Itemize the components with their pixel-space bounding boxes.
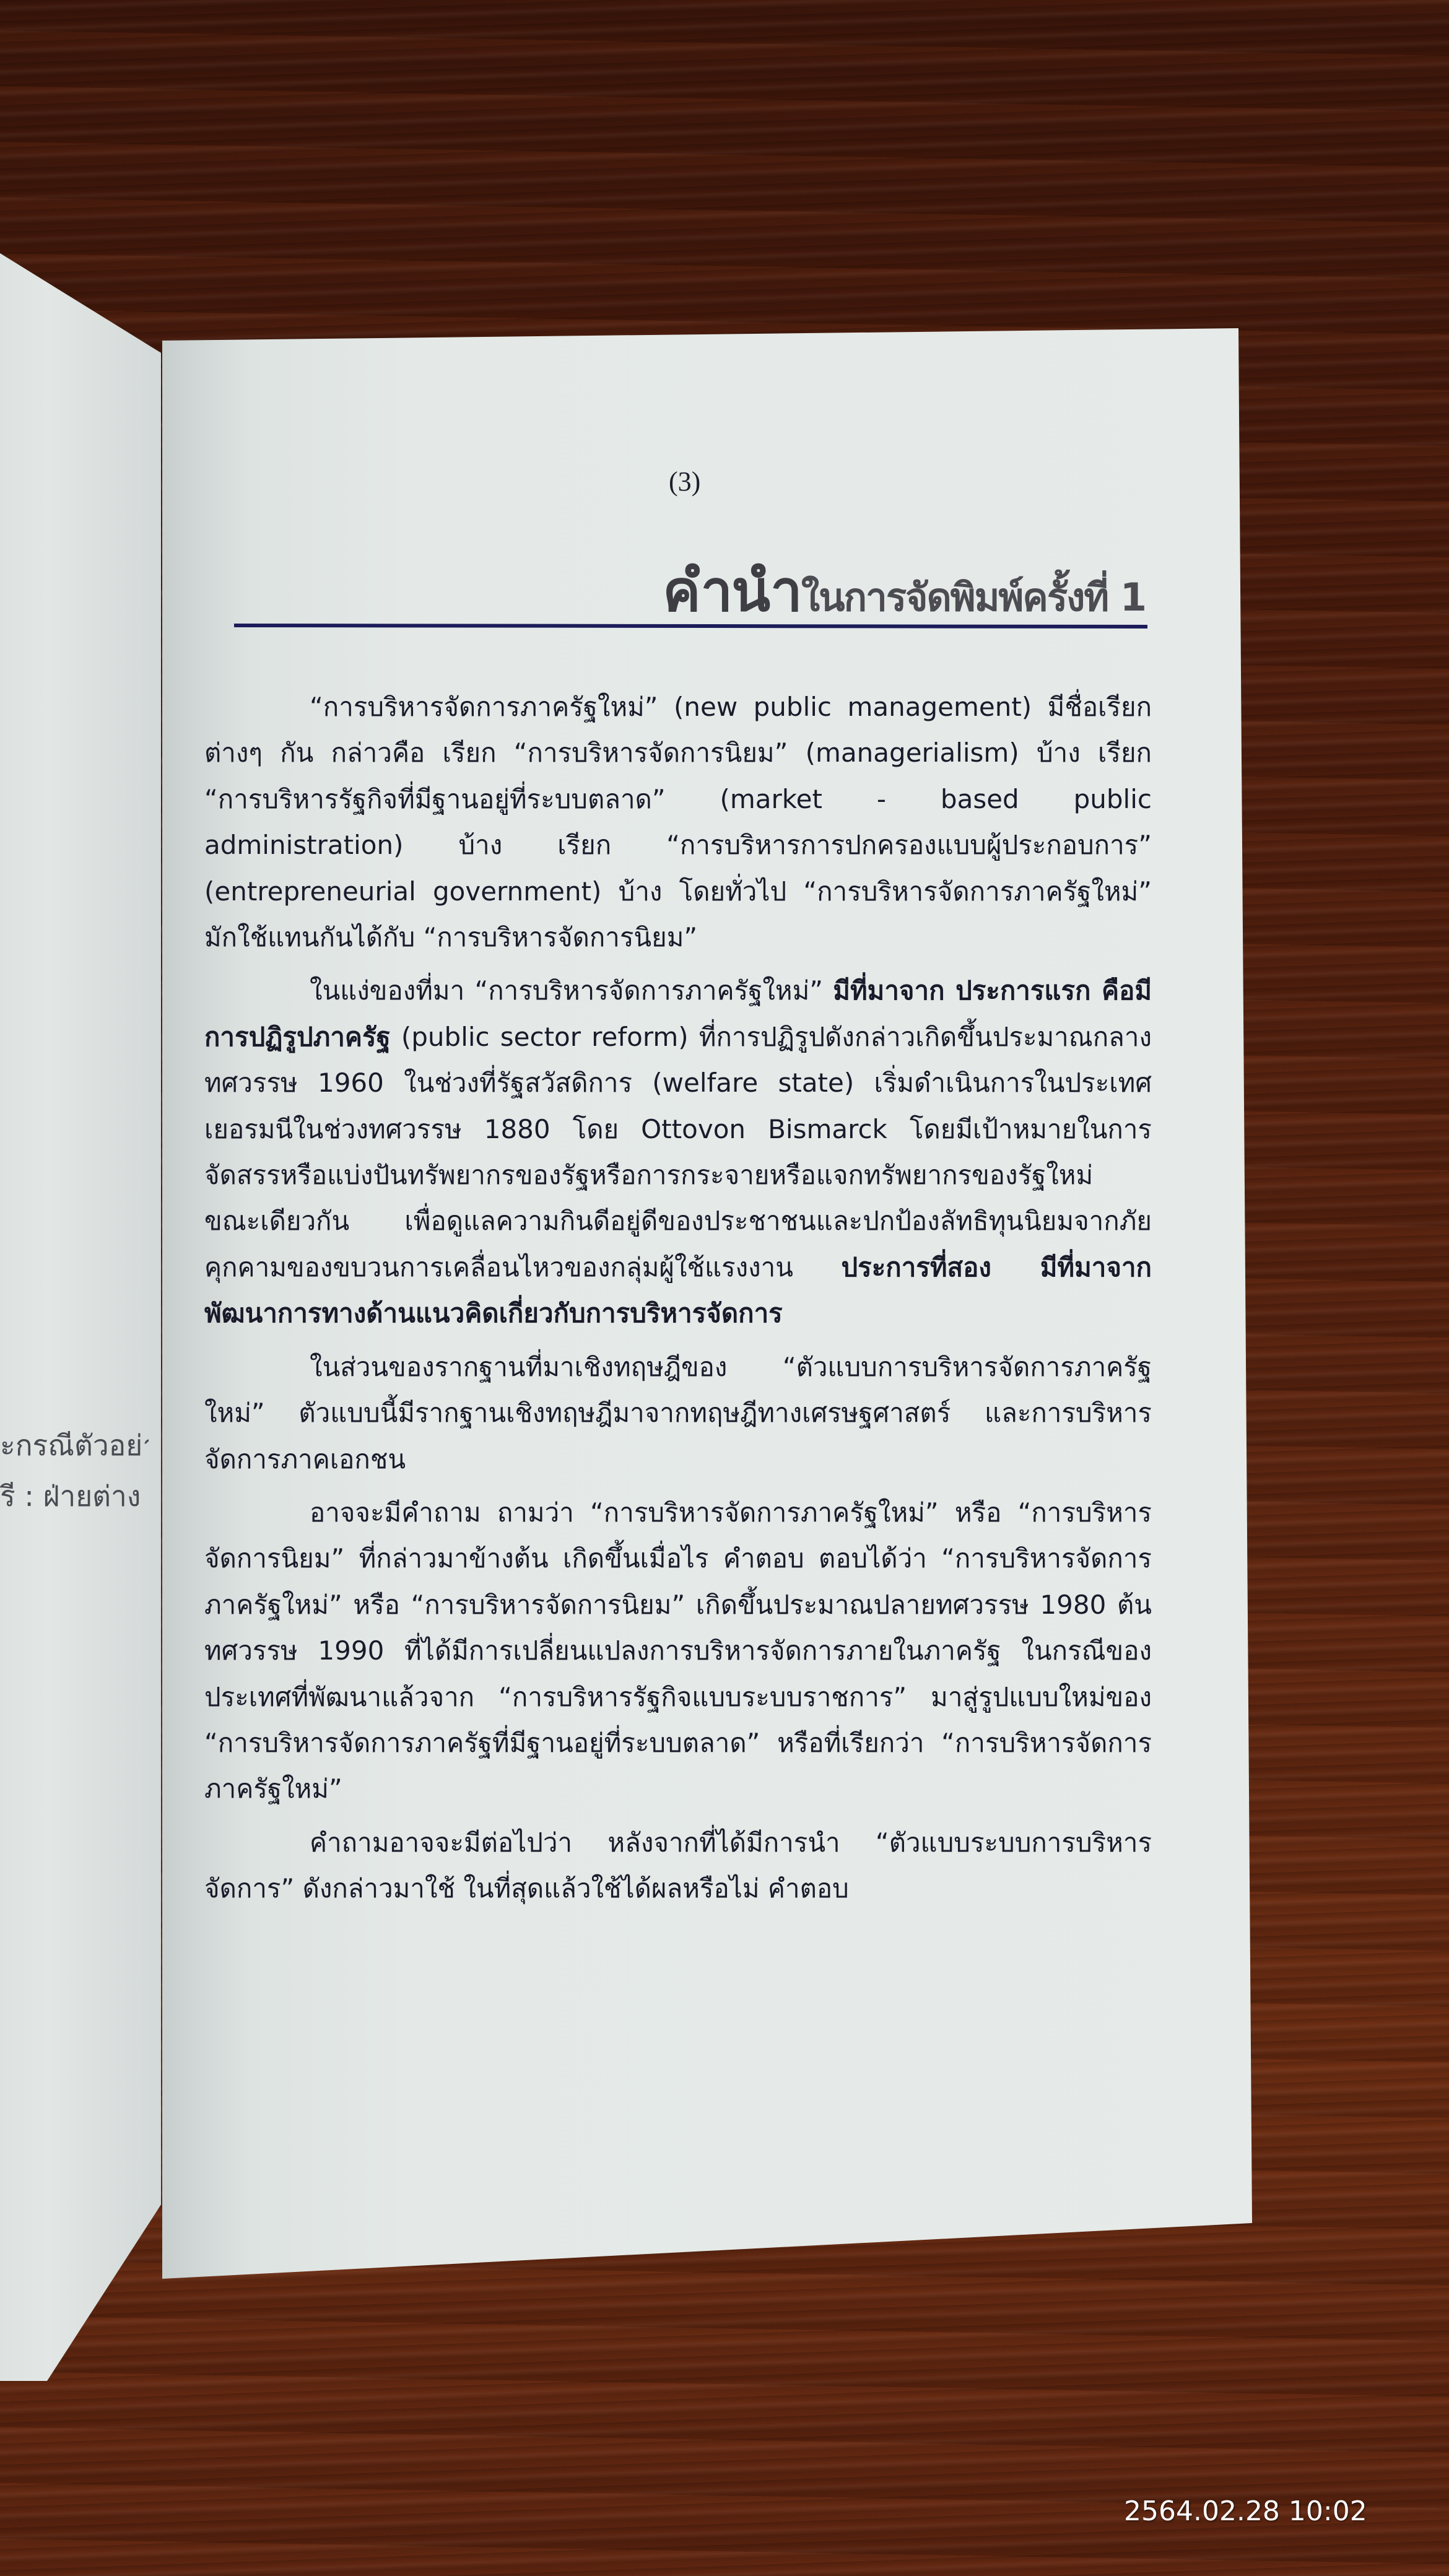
left-book-page [0, 176, 161, 2381]
chapter-title: คำนำในการจัดพิมพ์ครั้งที่ 1 [663, 545, 1146, 636]
paragraph-3: ในส่วนของรากฐานที่มาเชิงทฤษฎีของ “ตัวแบบ… [204, 1344, 1152, 1482]
photo-timestamp: 2564.02.28 10:02 [1124, 2495, 1367, 2527]
page-number: (3) [669, 466, 700, 497]
paragraph-4: อาจจะมีคำถาม ถามว่า “การบริหารจัดการภาคร… [204, 1490, 1152, 1812]
paragraph-text: ในแง่ของที่มา “การบริหารจัดการภาครัฐใหม่… [310, 975, 833, 1006]
chapter-title-rest: ในการจัดพิมพ์ครั้งที่ 1 [801, 575, 1146, 620]
preface-body: “การบริหารจัดการภาครัฐใหม่” (new public … [204, 684, 1152, 1920]
chapter-title-emphasis: คำนำ [663, 558, 801, 624]
paragraph-text: “การบริหารจัดการภาครัฐใหม่” (new public … [204, 692, 1152, 952]
paragraph-1: “การบริหารจัดการภาครัฐใหม่” (new public … [204, 684, 1152, 960]
paragraph-text: คำถามอาจจะมีต่อไปว่า หลังจากที่ได้มีการน… [204, 1827, 1152, 1904]
paragraph-2: ในแง่ของที่มา “การบริหารจัดการภาครัฐใหม่… [204, 968, 1152, 1336]
paragraph-text: อาจจะมีคำถาม ถามว่า “การบริหารจัดการภาคร… [204, 1497, 1152, 1804]
paragraph-text: (public sector reform) ที่การปฏิรูปดังกล… [204, 1022, 1152, 1282]
paragraph-5: คำถามอาจจะมีต่อไปว่า หลังจากที่ได้มีการน… [204, 1820, 1152, 1912]
left-page-fragment: ะกรณีตัวอย่าง [0, 1423, 149, 1468]
paragraph-text: ในส่วนของรากฐานที่มาเชิงทฤษฎีของ “ตัวแบบ… [204, 1352, 1152, 1474]
left-page-fragment: ุรี : ฝ่ายต่าง [0, 1474, 149, 1519]
